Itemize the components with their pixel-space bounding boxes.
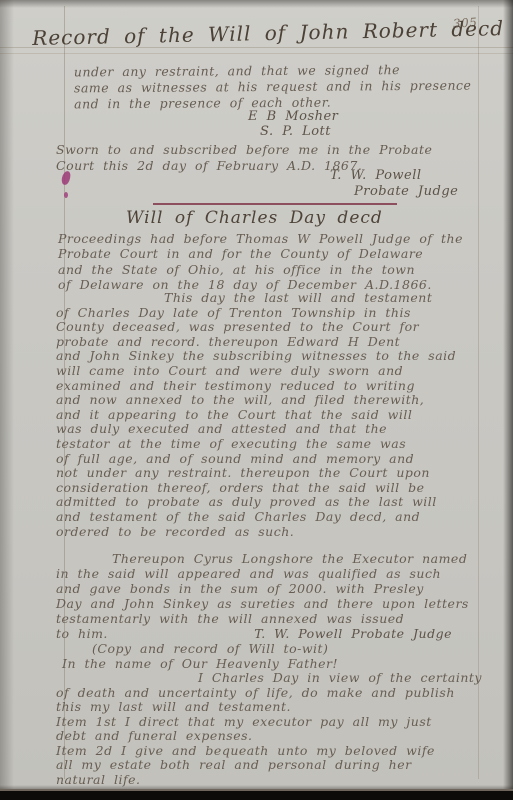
handwritten-line: Day and John Sinkey as sureties and ther… (56, 596, 480, 611)
handwritten-line: same as witnesses at his request and in … (74, 78, 472, 97)
handwritten-line: will came into Court and were duly sworn… (56, 364, 456, 379)
photo-edge-top (0, 0, 513, 8)
handwritten-line: Sworn to and subscribed before me in the… (56, 142, 432, 158)
handwritten-line: E B Mosher (248, 109, 338, 124)
handwritten-line: in the said will appeared and was qualif… (56, 566, 480, 581)
witness-signatures: E B MosherS. P. Lott (248, 109, 338, 139)
handwritten-line: debt and funeral expenses. (56, 729, 482, 744)
executor-closing-text: to him. (56, 626, 108, 641)
right-margin-rule (478, 6, 479, 779)
proceedings-paragraph: Proceedings had before Thomas W Powell J… (58, 231, 463, 292)
handwritten-line: and now annexed to the will, and filed t… (56, 393, 456, 408)
judge-signature-title: Probate Judge (330, 184, 458, 200)
handwritten-line: Probate Court in and for the County of D… (58, 246, 463, 261)
will-invocation: In the name of Our Heavenly Father! (62, 656, 338, 671)
probate-order-paragraph: This day the last will and testamentof C… (56, 291, 456, 539)
handwritten-line: and the State of Ohio, at his office in … (58, 262, 463, 277)
handwritten-line: this my last will and testament. (56, 700, 482, 715)
judge-signature-name: T. W. Powell (330, 168, 458, 184)
handwritten-line: Thereupon Cyrus Longshore the Executor n… (56, 551, 480, 566)
handwritten-line: testamentarly with the will annexed was … (56, 611, 480, 626)
handwritten-line: and it appearing to the Court that the s… (56, 408, 456, 423)
handwritten-line: consideration thereof, orders that the s… (56, 481, 456, 496)
executor-closing-row: to him. T. W. Powell Probate Judge (56, 626, 480, 641)
handwritten-line: not under any restraint. thereupon the C… (56, 466, 456, 481)
handwritten-line: ordered to be recorded as such. (56, 525, 456, 540)
handwritten-line: Item 2d I give and bequeath unto my belo… (56, 744, 482, 759)
charles-day-will-title: Will of Charles Day decd (126, 208, 383, 228)
handwritten-line: and testament of the said Charles Day de… (56, 510, 456, 525)
handwritten-line: County deceased, was presented to the Co… (56, 320, 456, 335)
handwritten-line: Proceedings had before Thomas W Powell J… (58, 231, 463, 246)
handwritten-line: all my estate both real and personal dur… (56, 758, 482, 773)
will-body-paragraph: I Charles Day in view of the certaintyof… (56, 671, 482, 787)
header-rule-line-2 (0, 53, 513, 54)
handwritten-line: and John Sinkey the subscribing witnesse… (56, 349, 456, 364)
copy-of-will-heading: (Copy and record of Will to-wit) (92, 641, 328, 656)
probate-judge-signature: T. W. Powell Probate Judge (330, 168, 458, 200)
handwritten-line: and gave bonds in the sum of 2000. with … (56, 581, 480, 596)
handwritten-line: testator at the time of executing the sa… (56, 437, 456, 452)
book-edge-bottom (0, 789, 513, 800)
photo-edge-right (503, 0, 513, 791)
handwritten-line: of death and uncertainty of life, do mak… (56, 686, 482, 701)
executor-paragraph: Thereupon Cyrus Longshore the Executor n… (56, 551, 480, 641)
record-header-title: Record of the Will of John Robert decd F… (32, 13, 513, 50)
handwritten-line: probate and record. thereupon Edward H D… (56, 335, 456, 350)
executor-judge-signature: T. W. Powell Probate Judge (254, 626, 480, 641)
handwritten-line: S. P. Lott (248, 124, 338, 139)
magenta-ink-blot-dot (64, 192, 68, 198)
handwritten-line: examined and their testimony reduced to … (56, 379, 456, 394)
photo-edge-left (0, 0, 14, 791)
handwritten-line: I Charles Day in view of the certainty (56, 671, 482, 686)
handwritten-line: admitted to probate as duly proved as th… (56, 495, 456, 510)
red-divider-line (153, 203, 397, 205)
handwritten-line: was duly executed and attested and that … (56, 422, 456, 437)
attestation-paragraph: under any restraint, and that we signed … (74, 62, 472, 113)
ledger-page: 305 Record of the Will of John Robert de… (0, 0, 513, 791)
ledger-photo: 305 Record of the Will of John Robert de… (0, 0, 513, 800)
handwritten-line: This day the last will and testament (56, 291, 456, 306)
handwritten-line: of full age, and of sound mind and memor… (56, 452, 456, 467)
handwritten-line: of Charles Day late of Trenton Township … (56, 306, 456, 321)
executor-lines: Thereupon Cyrus Longshore the Executor n… (56, 551, 480, 626)
handwritten-line: Item 1st I direct that my executor pay a… (56, 715, 482, 730)
